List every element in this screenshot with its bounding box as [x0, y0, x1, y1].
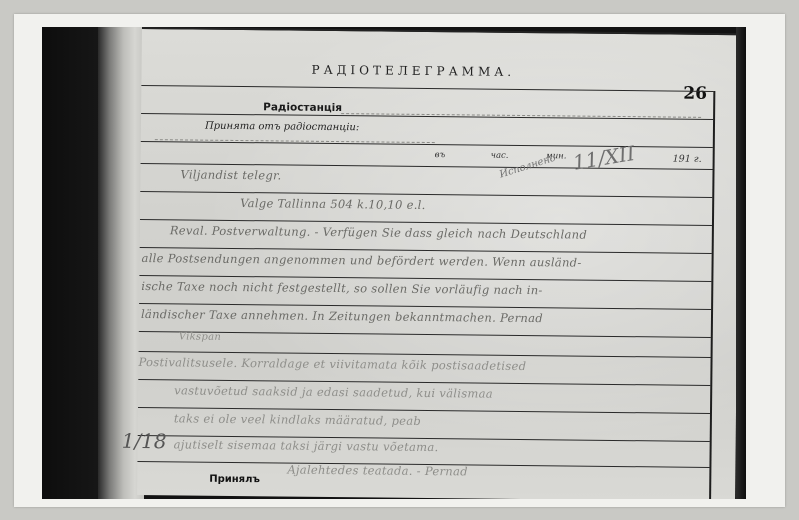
- handwritten-line: ische Taxe noch nicht festgestellt, so s…: [141, 279, 542, 297]
- handwritten-line: vastuvõetud saaksid ja edasi saadetud, k…: [174, 383, 493, 400]
- rule: [139, 331, 711, 338]
- handwritten-line: Viljandist telegr.: [180, 167, 281, 182]
- handwritten-line: ajutiselt sisemaa taksi järgi vastu võet…: [174, 437, 439, 454]
- day-label: въ: [435, 150, 446, 160]
- handwritten-line: ländischer Taxe annehmen. In Zeitungen b…: [141, 307, 543, 325]
- handwritten-line: Vikspan: [179, 331, 221, 342]
- form-title: РАДIОТЕЛЕГРАММА.: [311, 63, 515, 79]
- shadow-edge-right: [736, 27, 746, 499]
- margin-note: 1/18: [122, 429, 167, 453]
- handwritten-line: Ajalehtedes teatada. - Pernad: [287, 463, 468, 479]
- right-border: [709, 91, 715, 499]
- received-from-label: Принята отъ радiостанцiи:: [205, 121, 359, 134]
- form-number: 26: [683, 84, 707, 104]
- archival-photograph: РАДIОТЕЛЕГРАММА. 26 Радiостанцiя Принята…: [42, 27, 746, 499]
- handwritten-line: Postivalitsusele. Korraldage et viivitam…: [138, 355, 526, 373]
- year-suffix: г.: [694, 154, 702, 165]
- rule: [141, 85, 713, 92]
- hour-label: час.: [491, 151, 509, 161]
- handwritten-line: alle Postsendungen angenommen und beförd…: [142, 251, 582, 270]
- year-prefix: 191: [673, 154, 691, 165]
- rule: [140, 191, 712, 198]
- handwritten-line: Reval. Postverwaltung. - Verfügen Sie da…: [170, 223, 587, 241]
- station-label: Радiостанцiя: [263, 101, 342, 114]
- handwritten-line: Valge Tallinna 504 k.10,10 e.l.: [240, 196, 426, 212]
- radiotelegram-form: РАДIОТЕЛЕГРАММА. 26 Радiостанцiя Принята…: [137, 27, 740, 499]
- year-field: 191 г.: [673, 154, 702, 165]
- handwritten-line: taks ei ole veel kindlaks määratud, peab: [174, 411, 421, 428]
- accepted-by-label: Принялъ: [209, 474, 260, 486]
